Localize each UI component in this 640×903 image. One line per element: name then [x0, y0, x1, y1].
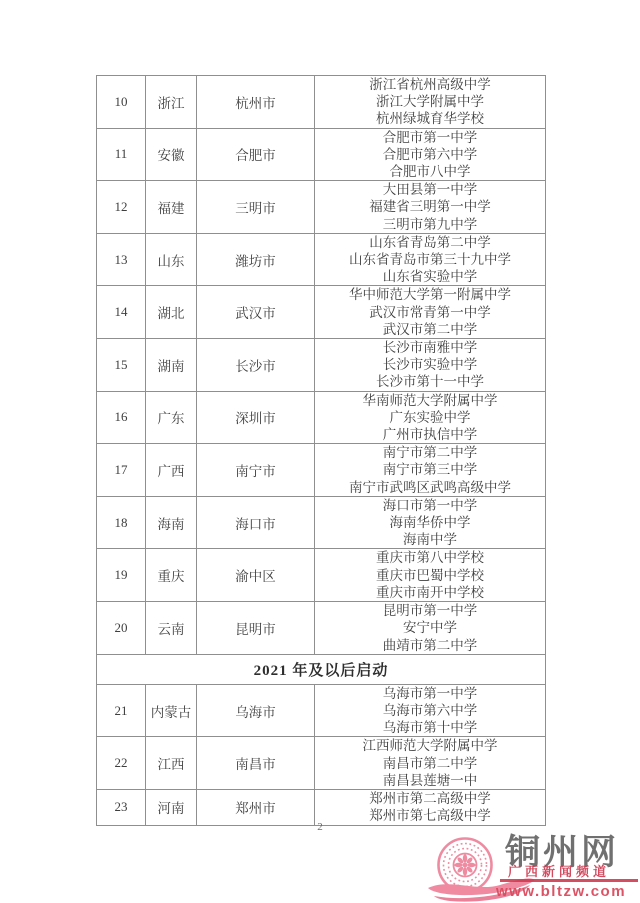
- province-cell: 内蒙古: [146, 684, 197, 737]
- table-row: 15湖南长沙市长沙市南雅中学长沙市实验中学长沙市第十一中学: [97, 339, 546, 392]
- school-name: 乌海市第六中学: [315, 702, 545, 719]
- schools-cell: 重庆市第八中学校重庆市巴蜀中学校重庆市南开中学校: [315, 549, 546, 602]
- school-name: 广东实验中学: [315, 409, 545, 426]
- school-name: 华南师范大学附属中学: [315, 392, 545, 409]
- row-number-cell: 12: [97, 181, 146, 234]
- school-name: 南昌市第二中学: [315, 755, 545, 772]
- table-row: 19重庆渝中区重庆市第八中学校重庆市巴蜀中学校重庆市南开中学校: [97, 549, 546, 602]
- province-cell: 江西: [146, 737, 197, 790]
- school-name: 江西师范大学附属中学: [315, 737, 545, 754]
- province-cell: 河南: [146, 789, 197, 825]
- province-cell: 海南: [146, 496, 197, 549]
- watermark-url: www.bltzw.com: [496, 883, 626, 900]
- row-number-cell: 19: [97, 549, 146, 602]
- table-row: 12福建三明市大田县第一中学福建省三明第一中学三明市第九中学: [97, 181, 546, 234]
- school-name: 郑州市第七高级中学: [315, 807, 545, 824]
- school-name: 长沙市第十一中学: [315, 373, 545, 390]
- school-name: 合肥市八中学: [315, 163, 545, 180]
- province-cell: 福建: [146, 181, 197, 234]
- table-row: 14湖北武汉市华中师范大学第一附属中学武汉市常青第一中学武汉市第二中学: [97, 286, 546, 339]
- schools-cell: 山东省青岛第二中学山东省青岛市第三十九中学山东省实验中学: [315, 233, 546, 286]
- city-cell: 昆明市: [197, 602, 315, 655]
- table-row: 16广东深圳市华南师范大学附属中学广东实验中学广州市执信中学: [97, 391, 546, 444]
- row-number-cell: 23: [97, 789, 146, 825]
- table-row: 17广西南宁市南宁市第二中学南宁市第三中学南宁市武鸣区武鸣高级中学: [97, 444, 546, 497]
- province-cell: 湖南: [146, 339, 197, 392]
- school-name: 长沙市南雅中学: [315, 339, 545, 356]
- city-cell: 合肥市: [197, 128, 315, 181]
- school-name: 三明市第九中学: [315, 216, 545, 233]
- schools-cell: 长沙市南雅中学长沙市实验中学长沙市第十一中学: [315, 339, 546, 392]
- province-cell: 山东: [146, 233, 197, 286]
- province-cell: 云南: [146, 602, 197, 655]
- row-number-cell: 16: [97, 391, 146, 444]
- city-cell: 南昌市: [197, 737, 315, 790]
- school-name: 福建省三明第一中学: [315, 198, 545, 215]
- city-cell: 郑州市: [197, 789, 315, 825]
- school-name: 武汉市常青第一中学: [315, 304, 545, 321]
- section-header-label: 2021 年及以后启动: [97, 654, 546, 684]
- school-name: 重庆市巴蜀中学校: [315, 567, 545, 584]
- table-row: 22江西南昌市江西师范大学附属中学南昌市第二中学南昌县莲塘一中: [97, 737, 546, 790]
- table-row: 21内蒙古乌海市乌海市第一中学乌海市第六中学乌海市第十中学: [97, 684, 546, 737]
- row-number-cell: 18: [97, 496, 146, 549]
- school-name: 海南中学: [315, 531, 545, 548]
- schools-cell: 江西师范大学附属中学南昌市第二中学南昌县莲塘一中: [315, 737, 546, 790]
- school-name: 海南华侨中学: [315, 514, 545, 531]
- city-cell: 潍坊市: [197, 233, 315, 286]
- school-name: 乌海市第一中学: [315, 685, 545, 702]
- school-name: 长沙市实验中学: [315, 356, 545, 373]
- city-cell: 武汉市: [197, 286, 315, 339]
- school-name: 南宁市第二中学: [315, 444, 545, 461]
- province-cell: 重庆: [146, 549, 197, 602]
- school-name: 合肥市第一中学: [315, 129, 545, 146]
- document-page: 10浙江杭州市浙江省杭州高级中学浙江大学附属中学杭州绿城育华学校11安徽合肥市合…: [0, 0, 640, 903]
- school-name: 海口市第一中学: [315, 497, 545, 514]
- table-row: 20云南昆明市昆明市第一中学安宁中学曲靖市第二中学: [97, 602, 546, 655]
- city-cell: 长沙市: [197, 339, 315, 392]
- watermark-divider: [500, 879, 638, 882]
- schools-cell: 浙江省杭州高级中学浙江大学附属中学杭州绿城育华学校: [315, 76, 546, 129]
- city-cell: 深圳市: [197, 391, 315, 444]
- school-name: 乌海市第十中学: [315, 719, 545, 736]
- page-number: 2: [308, 821, 332, 833]
- schools-cell: 郑州市第二高级中学郑州市第七高级中学: [315, 789, 546, 825]
- school-name: 重庆市第八中学校: [315, 549, 545, 566]
- province-cell: 湖北: [146, 286, 197, 339]
- school-name: 华中师范大学第一附属中学: [315, 286, 545, 303]
- row-number-cell: 15: [97, 339, 146, 392]
- row-number-cell: 11: [97, 128, 146, 181]
- table-row: 10浙江杭州市浙江省杭州高级中学浙江大学附属中学杭州绿城育华学校: [97, 76, 546, 129]
- city-cell: 南宁市: [197, 444, 315, 497]
- schools-cell: 南宁市第二中学南宁市第三中学南宁市武鸣区武鸣高级中学: [315, 444, 546, 497]
- school-name: 合肥市第六中学: [315, 146, 545, 163]
- watermark-overlay-text: 广西新闻频道: [508, 861, 610, 880]
- row-number-cell: 14: [97, 286, 146, 339]
- watermark: 铜州网 广西新闻频道 www.bltzw.com: [428, 834, 640, 903]
- section-header-row: 2021 年及以后启动: [97, 654, 546, 684]
- row-number-cell: 22: [97, 737, 146, 790]
- city-cell: 杭州市: [197, 76, 315, 129]
- school-name: 山东省青岛市第三十九中学: [315, 251, 545, 268]
- schools-cell: 华中师范大学第一附属中学武汉市常青第一中学武汉市第二中学: [315, 286, 546, 339]
- province-cell: 广东: [146, 391, 197, 444]
- schools-cell: 华南师范大学附属中学广东实验中学广州市执信中学: [315, 391, 546, 444]
- city-cell: 三明市: [197, 181, 315, 234]
- school-name: 昆明市第一中学: [315, 602, 545, 619]
- school-name: 曲靖市第二中学: [315, 637, 545, 654]
- school-name: 重庆市南开中学校: [315, 584, 545, 601]
- school-name: 浙江大学附属中学: [315, 93, 545, 110]
- school-name: 南昌县莲塘一中: [315, 772, 545, 789]
- school-name: 广州市执信中学: [315, 426, 545, 443]
- province-cell: 浙江: [146, 76, 197, 129]
- schools-cell: 合肥市第一中学合肥市第六中学合肥市八中学: [315, 128, 546, 181]
- school-name: 杭州绿城育华学校: [315, 110, 545, 127]
- school-name: 浙江省杭州高级中学: [315, 76, 545, 93]
- schools-cell: 乌海市第一中学乌海市第六中学乌海市第十中学: [315, 684, 546, 737]
- city-cell: 乌海市: [197, 684, 315, 737]
- row-number-cell: 10: [97, 76, 146, 129]
- city-cell: 海口市: [197, 496, 315, 549]
- row-number-cell: 20: [97, 602, 146, 655]
- province-cell: 安徽: [146, 128, 197, 181]
- school-name: 郑州市第二高级中学: [315, 790, 545, 807]
- schools-table-body: 10浙江杭州市浙江省杭州高级中学浙江大学附属中学杭州绿城育华学校11安徽合肥市合…: [97, 76, 546, 826]
- row-number-cell: 13: [97, 233, 146, 286]
- school-name: 大田县第一中学: [315, 181, 545, 198]
- schools-cell: 海口市第一中学海南华侨中学海南中学: [315, 496, 546, 549]
- school-name: 山东省实验中学: [315, 268, 545, 285]
- schools-cell: 大田县第一中学福建省三明第一中学三明市第九中学: [315, 181, 546, 234]
- school-name: 南宁市武鸣区武鸣高级中学: [315, 479, 545, 496]
- school-name: 南宁市第三中学: [315, 461, 545, 478]
- table-row: 18海南海口市海口市第一中学海南华侨中学海南中学: [97, 496, 546, 549]
- school-name: 山东省青岛第二中学: [315, 234, 545, 251]
- row-number-cell: 17: [97, 444, 146, 497]
- row-number-cell: 21: [97, 684, 146, 737]
- schools-cell: 昆明市第一中学安宁中学曲靖市第二中学: [315, 602, 546, 655]
- schools-table: 10浙江杭州市浙江省杭州高级中学浙江大学附属中学杭州绿城育华学校11安徽合肥市合…: [96, 75, 546, 826]
- province-cell: 广西: [146, 444, 197, 497]
- school-name: 安宁中学: [315, 619, 545, 636]
- table-row: 11安徽合肥市合肥市第一中学合肥市第六中学合肥市八中学: [97, 128, 546, 181]
- school-name: 武汉市第二中学: [315, 321, 545, 338]
- table-row: 13山东潍坊市山东省青岛第二中学山东省青岛市第三十九中学山东省实验中学: [97, 233, 546, 286]
- city-cell: 渝中区: [197, 549, 315, 602]
